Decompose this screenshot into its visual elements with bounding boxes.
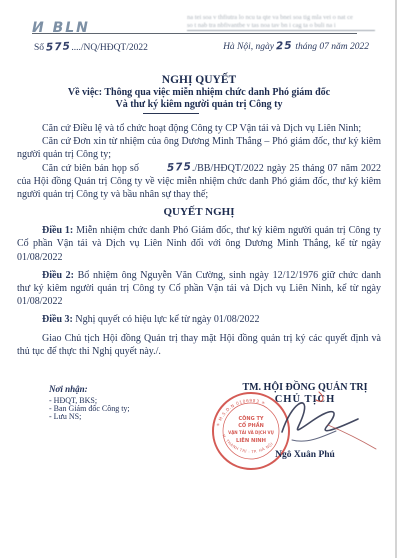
document-number-handwritten: 575 [46,40,72,53]
recital-text: Căn cứ biên bản họp số [42,163,142,174]
date-day-handwritten: 25 [276,40,293,53]
document-subtitle-2: Và thư ký kiêm người quản trị Công ty [17,99,381,111]
article-label: Điều 3: [42,314,73,325]
recipients-block: Nơi nhận: - HĐQT, BKS; - Ban Giám đốc Cô… [49,384,130,420]
article-paragraph: Điều 1: Miễn nhiệm chức danh Phó Giám đố… [17,224,381,264]
recital-paragraph: Căn cứ Đơn xin từ nhiệm của ông Dương Mi… [17,135,381,161]
bottom-whitespace [17,515,381,516]
article-paragraph: Điều 2: Bổ nhiệm ông Nguyễn Văn Cường, s… [17,269,381,309]
document-number: Số 575..../NQ/HĐQT/2022 [34,41,148,53]
article-label: Điều 1: [42,225,73,236]
bleedthrough-line: na tei soa v thfiutra lo ncu ta qte va b… [187,14,375,22]
decision-heading: QUYẾT NGHỊ [17,206,381,218]
signer-name: Ngô Xuân Phú [225,450,385,460]
stamp-line1: CÔNG TY [239,415,264,422]
place-date-line: Hà Nội, ngày 25 tháng 07 năm 2022 [223,40,369,52]
recital-paragraph: Căn cứ biên bản họp số 575./BB/HĐQT/2022… [17,162,381,202]
bleedthrough-text: na tei soa v thfiutra lo ncu ta qte va b… [187,14,375,31]
meeting-number-handwritten: 575 [142,160,193,176]
closing-paragraph: Giao Chủ tịch Hội đồng Quản trị thay mặt… [17,332,381,358]
document-number-prefix: Số [34,43,46,53]
header-divider [32,33,357,34]
recitals-section: Căn cứ Điều lệ và tổ chức hoạt động Công… [17,122,381,201]
recipient-item: - Lưu NS; [49,413,130,421]
recipients-label: Nơi nhận: [49,384,130,394]
document-number-suffix: ..../NQ/HĐQT/2022 [71,43,148,53]
document-subtitle-1: Về việc: Thông qua việc miễn nhiệm chức … [17,87,381,99]
title-block: NGHỊ QUYẾT Về việc: Thông qua việc miễn … [17,73,381,114]
article-text: Nghị quyết có hiệu lực kể từ ngày 01/08/… [73,314,260,325]
signature-section: Nơi nhận: - HĐQT, BKS; - Ban Giám đốc Cô… [17,380,381,515]
recital-paragraph: Căn cứ Điều lệ và tổ chức hoạt động Công… [17,122,381,135]
date-suffix: tháng 07 năm 2022 [293,42,369,52]
article-paragraph: Điều 3: Nghị quyết có hiệu lực kể từ ngà… [17,313,381,326]
article-label: Điều 2: [42,270,74,281]
articles-section: Điều 1: Miễn nhiệm chức danh Phó Giám đố… [17,224,381,358]
date-prefix: Hà Nội, ngày [223,42,276,52]
document-page: И BLN na tei soa v thfiutra lo ncu ta qt… [0,0,397,558]
bleedthrough-line: so t nab tra nbfivantbe v tas noa tav bn… [187,22,375,31]
subtitle-underline [143,113,199,114]
document-title: NGHỊ QUYẾT [17,73,381,87]
document-header: И BLN na tei soa v thfiutra lo ncu ta qt… [17,0,381,62]
